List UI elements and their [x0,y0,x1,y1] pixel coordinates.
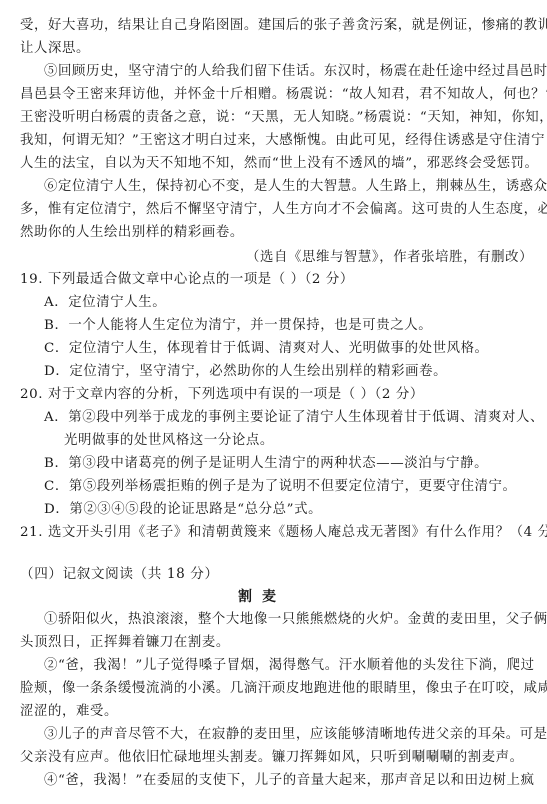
passage-line: 人生的法宝，自以为天不知地不知，然而“世上没有不透风的墙”，邪恶终会受惩罚。 [20,156,530,172]
paragraph-4: ④“爸，我渴！”在委屈的支使下，儿子的音量大起来，那声音足以和田边树上疯 [44,773,547,789]
q20-option-a: A．第②段中列举于成龙的事例主要论证了清宁人生体现着甘于低调、清爽对人、 [44,410,547,426]
paragraph-6: ⑥定位清宁人生，保持初心不变，是人生的大智慧。人生路上，荆棘丛生，诱惑众 [44,179,547,195]
question-19: 19. 下列最适合做文章中心论点的一项是（ ）（2 分） [20,272,530,288]
section-heading: （四）记叙文阅读（共 18 分） [20,566,530,582]
paragraph-3: ③儿子的声音尽管不大，在寂静的麦田里，应该能够清晰地传进父亲的耳朵。可是 [44,727,547,743]
passage-line: 受，好大喜功，结果让自己身陷囹圄。建国后的张子善贪污案，就是例证，惨痛的教训 [20,18,530,34]
question-21: 21. 选文开头引用《老子》和清朝黄篾来《题杨人庵总戎无著图》有什么作用？（4 … [20,525,530,541]
passage-line: 然助你的人生绘出别样的精彩画卷。 [20,225,530,241]
q19-option-c: C．定位清宁人生，体现着甘于低调、清爽对人、光明做事的处世风格。 [44,341,547,357]
passage-line: 头顶烈日，正挥舞着镰刀在割麦。 [20,635,530,651]
passage-line: 多，惟有定位清宁，然后不懈坚守清宁，人生方向才不会偏离。这可贵的人生态度，必 [20,202,530,218]
passage-line: 父亲没有应声。他依旧忙碌地埋头割麦。镰刀挥舞如风，只听到唰唰唰的割麦声。 [20,750,530,766]
paragraph-1: ①骄阳似火，热浪滚滚，整个大地像一只熊熊燃烧的火炉。金黄的麦田里，父子俩 [44,612,547,628]
paragraph-5: ⑤回顾历史，坚守清宁的人给我们留下佳话。东汉时，杨震在赴任途中经过昌邑时 [44,64,547,80]
passage-line: 昌邑县令王密来拜访他，并怀金十斤相赠。杨震说：“故人知君，君不知故人，何也？” [20,87,530,103]
q20-option-c: C．第⑤段列举杨震拒贿的例子是为了说明不但要定位清宁，更要守住清宁。 [44,479,547,495]
paragraph-2: ②“爸，我渴！”儿子觉得嗓子冒烟，渴得憋气。汗水顺着他的头发往下淌，爬过 [44,658,547,674]
article-title: 割麦 [238,589,547,605]
q20-option-d: D．第②③④⑤段的论证思路是“总分总”式。 [44,502,547,518]
q20-option-b: B．第③段中诸葛亮的例子是证明人生清宁的两种状态——淡泊与宁静。 [44,456,547,472]
passage-line: 脸颊，像一条条缓慢流淌的小溪。几滴汗顽皮地跑进他的眼睛里，像虫子在叮咬，咸咸 [20,681,530,697]
passage-line: 让人深思。 [20,41,530,57]
question-20: 20. 对于文章内容的分析，下列选项中有误的一项是（ ）（2 分） [20,387,530,403]
passage-line: 王密没听明白杨震的责备之意，说：“天黑，无人知晓。”杨震说：“天知，神知，你知， [20,110,530,126]
passage-line: 我知，何谓无知？”王密这才明白过来，大感惭愧。由此可见，经得住诱惑是守住清宁 [20,133,530,149]
exam-page: 受，好大喜功，结果让自己身陷囹圄。建国后的张子善贪污案，就是例证，惨痛的教训 让… [0,0,547,804]
q19-option-d: D．定位清宁，坚守清宁，必然助你的人生绘出别样的精彩画卷。 [44,364,547,380]
passage-line: 涩涩的，难受。 [20,704,530,720]
q20-option-a-cont: 光明做事的处世风格这一分论点。 [64,433,547,449]
source-citation: （选自《思维与智慧》，作者张培胜，有删改） [246,250,547,266]
q19-option-a: A．定位清宁人生。 [44,295,547,311]
q19-option-b: B．一个人能将人生定位为清宁，并一贯保持，也是可贵之人。 [44,318,547,334]
